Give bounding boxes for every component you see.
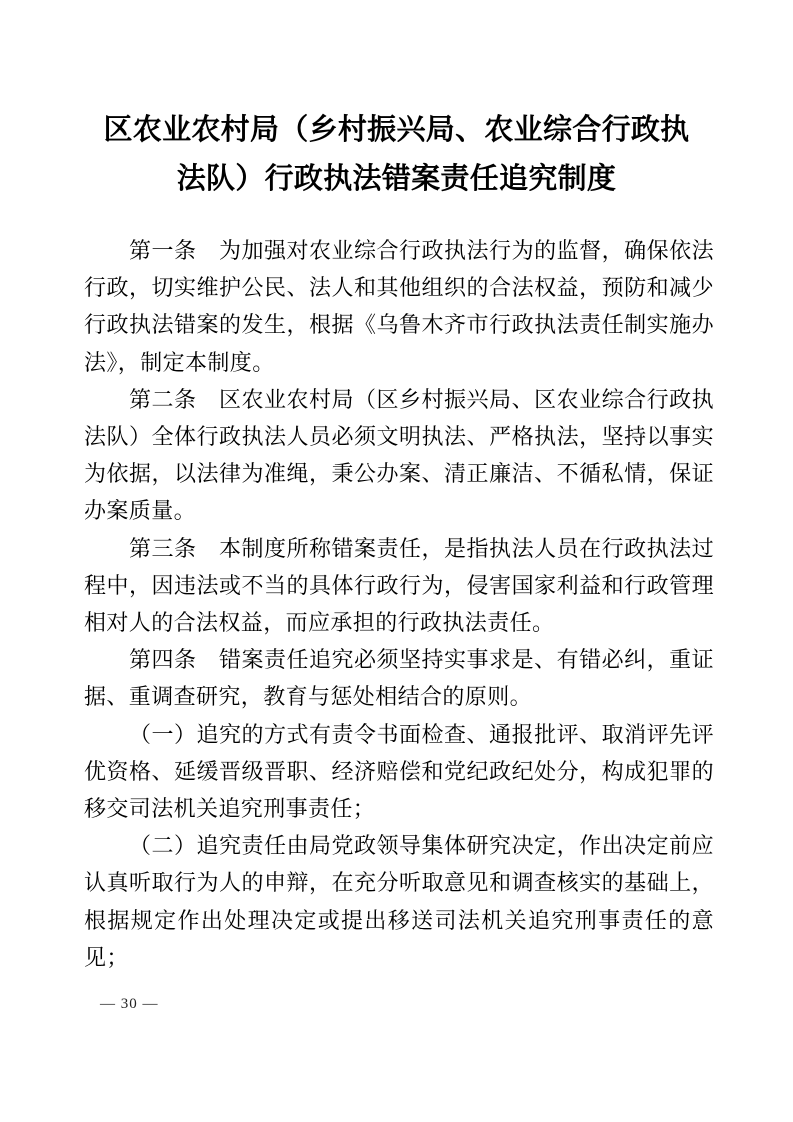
page-number: — 30 — — [100, 996, 159, 1012]
title-line-1: 区农业农村局（乡村振兴局、农业综合行政执 — [60, 106, 733, 155]
document-body: 第一条 为加强对农业综合行政执法行为的监督，确保依法行政，切实维护公民、法人和其… — [84, 232, 714, 976]
page-footer: — 30 — — [100, 996, 159, 1013]
title-line-2: 法队）行政执法错案责任追究制度 — [60, 155, 733, 204]
document-title: 区农业农村局（乡村振兴局、农业综合行政执 法队）行政执法错案责任追究制度 — [0, 0, 793, 204]
paragraph: （一）追究的方式有责令书面检查、通报批评、取消评先评优资格、延缓晋级晋职、经济赔… — [84, 716, 714, 828]
paragraph: 第四条 错案责任追究必须坚持实事求是、有错必纠，重证据、重调查研究，教育与惩处相… — [84, 641, 714, 715]
document-page: 区农业农村局（乡村振兴局、农业综合行政执 法队）行政执法错案责任追究制度 第一条… — [0, 0, 793, 1122]
paragraph: （二）追究责任由局党政领导集体研究决定，作出决定前应认真听取行为人的申辩，在充分… — [84, 827, 714, 976]
paragraph: 第一条 为加强对农业综合行政执法行为的监督，确保依法行政，切实维护公民、法人和其… — [84, 232, 714, 381]
paragraph: 第三条 本制度所称错案责任，是指执法人员在行政执法过程中，因违法或不当的具体行政… — [84, 530, 714, 642]
paragraph: 第二条 区农业农村局（区乡村振兴局、区农业综合行政执法队）全体行政执法人员必须文… — [84, 381, 714, 530]
